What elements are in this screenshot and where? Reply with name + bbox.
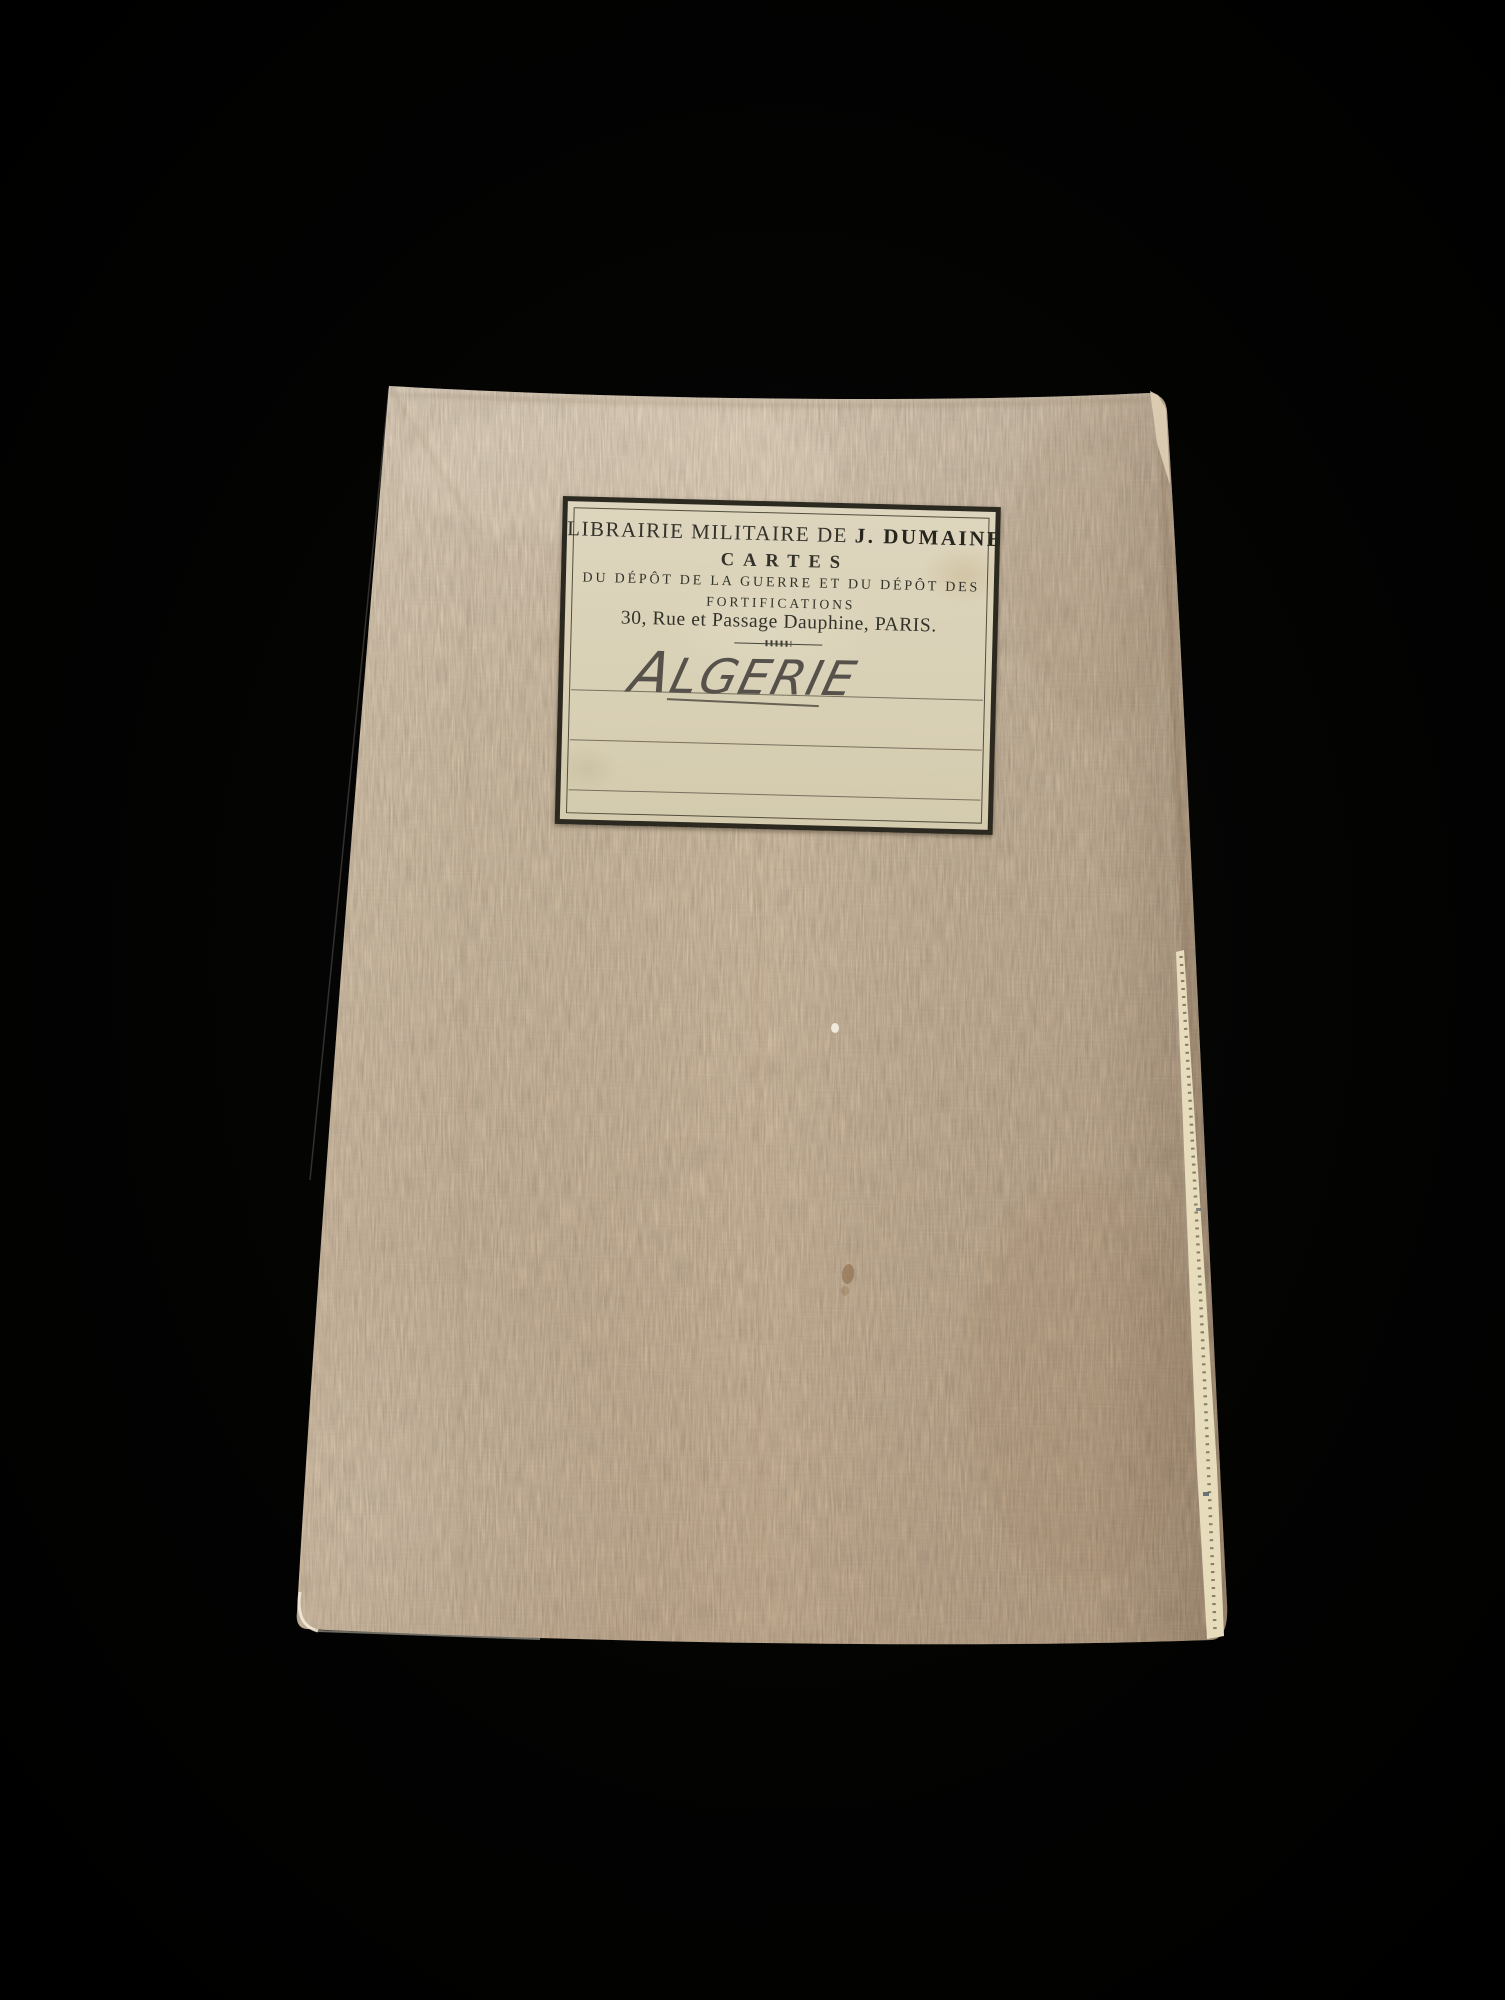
publisher-name: J. DUMAINE (854, 523, 1003, 551)
ruled-line (569, 789, 981, 800)
photo-background: LIBRAIRIE MILITAIRE DE J. DUMAINE CARTES… (0, 0, 1505, 2000)
ruled-line (570, 739, 982, 750)
map-cover-illustration (0, 0, 1505, 2000)
handwritten-title: ALGERIE (624, 645, 863, 705)
publisher-line: LIBRAIRIE MILITAIRE DE J. DUMAINE (567, 516, 995, 552)
white-fleck (831, 1023, 839, 1033)
publisher-label: LIBRAIRIE MILITAIRE DE J. DUMAINE CARTES… (555, 496, 1001, 835)
publisher-prefix: LIBRAIRIE MILITAIRE DE (567, 516, 848, 547)
divider-ornament (734, 642, 822, 645)
